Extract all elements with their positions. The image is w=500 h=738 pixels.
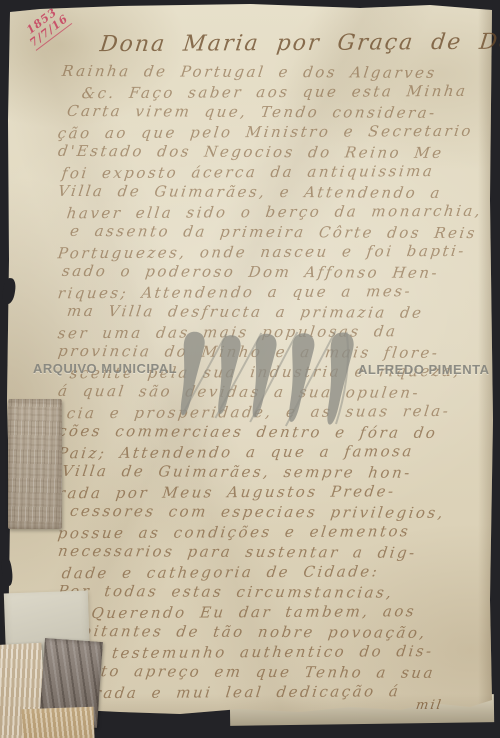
manuscript-line: cessores com especiaes privilegios, [69, 501, 483, 523]
watermark-archive-name: ARQUIVO MUNICIPAL [33, 361, 177, 376]
manuscript-line: haver ella sido o berço da monarchia, [66, 201, 484, 224]
manuscript-line: ma Villa desfructa a primazia de [66, 301, 483, 323]
manuscript-line: sado o poderoso Dom Affonso Hen- [61, 261, 483, 283]
tan-repair-patch [21, 707, 94, 738]
manuscript-line: tincto apreço em que Tenho a sua [61, 661, 483, 683]
manuscript-catchword: mil [415, 698, 444, 713]
amap-monogram-watermark-icon [175, 324, 355, 432]
manuscript-opening-line: Dona Maria por Graça de Deos [98, 27, 484, 63]
manuscript-line: e Querendo Eu dar tambem, aos [66, 601, 484, 624]
manuscript-line: rada por Meus Augustos Prede- [57, 481, 484, 504]
manuscript-line: dade e cathegoria de Cidade: [61, 561, 484, 584]
manuscript-line: Por todas estas circumstancias, [57, 581, 483, 603]
manuscript-line: Paiz; Attendendo a que a famosa [57, 441, 484, 464]
manuscript-line: habitantes de tão nobre povoação, [57, 621, 483, 643]
scanned-manuscript-photo: 1853 7/7/16 Dona Maria por Graça de Deos… [0, 0, 500, 738]
watermark-archive-name-2: ALFREDO PIMENTA [358, 362, 489, 377]
manuscript-line: um testemunho authentico do dis- [69, 641, 484, 664]
manuscript-line: possue as condições e elementos [57, 521, 484, 544]
manuscript-line: Carta virem que, Tendo considera- [66, 101, 483, 123]
manuscript-line: foi exposto ácerca da antiquissima [61, 161, 484, 184]
manuscript-line: e assento da primeira Côrte dos Reis [69, 221, 483, 243]
manuscript-line: d'Estado dos Negocios do Reino Me [57, 141, 483, 163]
linen-repair-patch [8, 399, 62, 529]
manuscript-line: Villa de Guimarães, sempre hon- [61, 461, 483, 483]
manuscript-line: &c. Faço saber aos que esta Minha [81, 81, 484, 103]
manuscript-line: Portuguezes, onde nasceu e foi bapti- [57, 241, 484, 264]
manuscript-line: riques; Attendendo a que a mes- [57, 281, 484, 304]
manuscript-line: Rainha de Portugal e dos Algarves [61, 61, 483, 83]
manuscript-line: Villa de Guimarães, e Attendendo a [57, 181, 483, 203]
manuscript-line: ção ao que pelo Ministro e Secretario [57, 121, 484, 144]
manuscript-line: necessarios para sustentar a dig- [57, 541, 483, 563]
